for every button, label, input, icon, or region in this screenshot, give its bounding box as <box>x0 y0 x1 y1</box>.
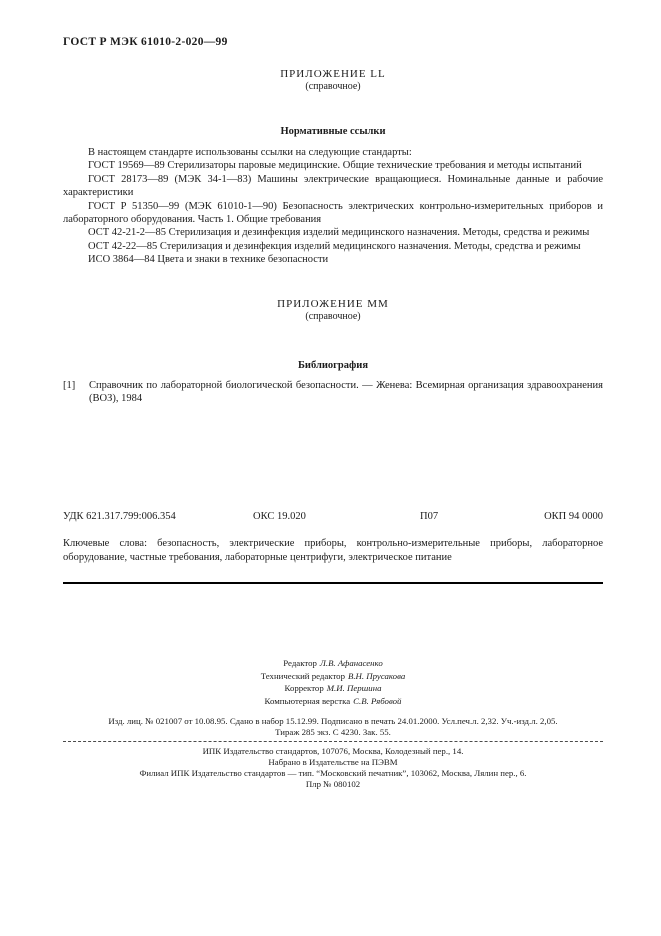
bibliography-entry: [1]Справочник по лабораторной биологичес… <box>63 379 603 406</box>
bibliography-heading: Библиография <box>63 360 603 371</box>
bibliography-entry-number: [1] <box>63 379 89 392</box>
credit-role: Технический редактор <box>261 671 345 681</box>
reference-item: ГОСТ 28173—89 (МЭК 34-1—83) Машины элект… <box>63 173 603 200</box>
references-intro: В настоящем стандарте использованы ссылк… <box>63 146 603 159</box>
oks-code: ОКС 19.020 <box>253 511 306 522</box>
credit-name: Л.В. Афанасенко <box>320 658 383 668</box>
reference-item: ОСТ 42-22—85 Стерилизация и дезинфекция … <box>63 240 603 253</box>
reference-item: ГОСТ Р 51350—99 (МЭК 61010-1—90) Безопас… <box>63 200 603 227</box>
credit-role: Корректор <box>285 683 324 693</box>
document-code: ГОСТ Р МЭК 61010-2-020—99 <box>63 36 603 48</box>
publisher-branch-address: Филиал ИПК Издательство стандартов — тип… <box>63 768 603 779</box>
dashed-divider <box>63 741 603 742</box>
imprint-block: Изд. лиц. № 021007 от 10.08.95. Сдано в … <box>63 716 603 738</box>
classification-row: УДК 621.317.799:006.354 ОКС 19.020 П07 О… <box>63 511 603 524</box>
section-divider-rule <box>63 582 603 584</box>
credit-role: Компьютерная верстка <box>265 696 351 706</box>
credit-line-technical-editor: Технический редакторВ.Н. Прусакова <box>63 670 603 683</box>
bibliography-entry-text: Справочник по лабораторной биологической… <box>89 380 603 404</box>
reference-item: ИСО 3864—84 Цвета и знаки в технике безо… <box>63 253 603 266</box>
credit-role: Редактор <box>283 658 317 668</box>
credit-name: М.И. Першина <box>327 683 382 693</box>
reference-item: ГОСТ 19569—89 Стерилизаторы паровые меди… <box>63 159 603 172</box>
editorial-credits: РедакторЛ.В. Афанасенко Технический реда… <box>63 657 603 707</box>
p-code: П07 <box>420 511 438 522</box>
publisher-block: ИПК Издательство стандартов, 107076, Мос… <box>63 746 603 791</box>
annex-mm-title: ПРИЛОЖЕНИЕ ММ <box>63 298 603 310</box>
udk-code: УДК 621.317.799:006.354 <box>63 511 176 522</box>
annex-ll-subtitle: (справочное) <box>63 81 603 92</box>
credit-name: С.В. Рябовой <box>353 696 401 706</box>
annex-ll-title: ПРИЛОЖЕНИЕ LL <box>63 68 603 80</box>
credit-line-proofreader: КорректорМ.И. Першина <box>63 682 603 695</box>
imprint-line-tirage: Тираж 285 экз. С 4230. Зак. 55. <box>63 727 603 738</box>
annex-mm-subtitle: (справочное) <box>63 311 603 322</box>
credit-line-layout: Компьютерная версткаС.В. Рябовой <box>63 695 603 708</box>
okp-code: ОКП 94 0000 <box>544 511 603 522</box>
imprint-line-license: Изд. лиц. № 021007 от 10.08.95. Сдано в … <box>63 716 603 727</box>
normative-references-heading: Нормативные ссылки <box>63 126 603 137</box>
publisher-plr-number: Плр № 080102 <box>63 779 603 790</box>
normative-references-list: В настоящем стандарте использованы ссылк… <box>63 146 603 267</box>
publisher-address: ИПК Издательство стандартов, 107076, Мос… <box>63 746 603 757</box>
publisher-typeset-note: Набрано в Издательстве на ПЭВМ <box>63 757 603 768</box>
credit-name: В.Н. Прусакова <box>348 671 405 681</box>
keywords-paragraph: Ключевые слова: безопасность, электричес… <box>63 537 603 564</box>
reference-item: ОСТ 42-21-2—85 Стерилизация и дезинфекци… <box>63 226 603 239</box>
credit-line-editor: РедакторЛ.В. Афанасенко <box>63 657 603 670</box>
document-page: ГОСТ Р МЭК 61010-2-020—99 ПРИЛОЖЕНИЕ LL … <box>0 0 661 936</box>
